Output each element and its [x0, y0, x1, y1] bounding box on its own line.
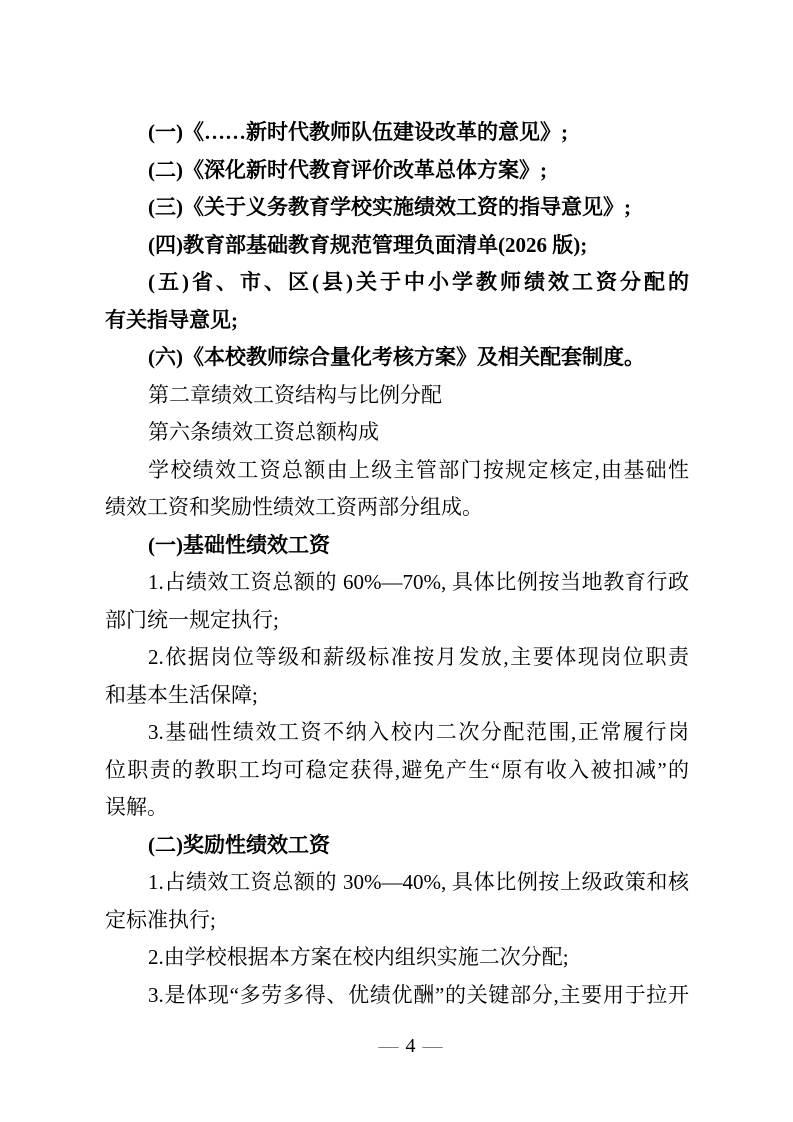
footer-dash-left: —	[372, 1035, 406, 1057]
text-line-13: 1.占绩效工资总额的 60%—70%, 具体比例按当地教育行政	[105, 564, 689, 602]
text-line-9: 第六条绩效工资总额构成	[105, 414, 689, 452]
text-line-5: (五)省、市、区(县)关于中小学教师绩效工资分配的	[105, 264, 689, 302]
text-line-10: 学校绩效工资总额由上级主管部门按规定核定,由基础性	[105, 452, 689, 490]
text-line-8: 第二章绩效工资结构与比例分配	[105, 377, 689, 415]
text-line-7: (六)《本校教师综合量化考核方案》及相关配套制度。	[105, 339, 689, 377]
text-line-19: 误解。	[105, 789, 689, 827]
text-line-21: 1.占绩效工资总额的 30%—40%, 具体比例按上级政策和核	[105, 864, 689, 902]
text-line-1: (一)《……新时代教师队伍建设改革的意见》;	[105, 114, 689, 152]
text-line-6: 有关指导意见;	[105, 302, 689, 340]
text-line-20: (二)奖励性绩效工资	[105, 827, 689, 865]
document-body: (一)《……新时代教师队伍建设改革的意见》;(二)《深化新时代教育评价改革总体方…	[105, 114, 689, 1014]
text-line-22: 定标准执行;	[105, 902, 689, 940]
footer-dash-right: —	[416, 1035, 450, 1057]
text-line-15: 2.依据岗位等级和薪级标准按月发放,主要体现岗位职责	[105, 639, 689, 677]
text-line-14: 部门统一规定执行;	[105, 602, 689, 640]
text-line-4: (四)教育部基础教育规范管理负面清单(2026 版);	[105, 227, 689, 265]
document-page: (一)《……新时代教师队伍建设改革的意见》;(二)《深化新时代教育评价改革总体方…	[0, 0, 793, 1122]
text-line-23: 2.由学校根据本方案在校内组织实施二次分配;	[105, 939, 689, 977]
text-line-11: 绩效工资和奖励性绩效工资两部分组成。	[105, 489, 689, 527]
text-line-17: 3.基础性绩效工资不纳入校内二次分配范围,正常履行岗	[105, 714, 689, 752]
text-line-3: (三)《关于义务教育学校实施绩效工资的指导意见》;	[105, 189, 689, 227]
text-line-12: (一)基础性绩效工资	[105, 527, 689, 565]
page-number: 4	[406, 1035, 416, 1057]
text-line-18: 位职责的教职工均可稳定获得,避免产生“原有收入被扣减”的	[105, 752, 689, 790]
text-line-2: (二)《深化新时代教育评价改革总体方案》;	[105, 152, 689, 190]
text-line-24: 3.是体现“多劳多得、优绩优酬”的关键部分,主要用于拉开	[105, 977, 689, 1015]
text-line-16: 和基本生活保障;	[105, 677, 689, 715]
page-footer: —4—	[14, 1032, 793, 1060]
